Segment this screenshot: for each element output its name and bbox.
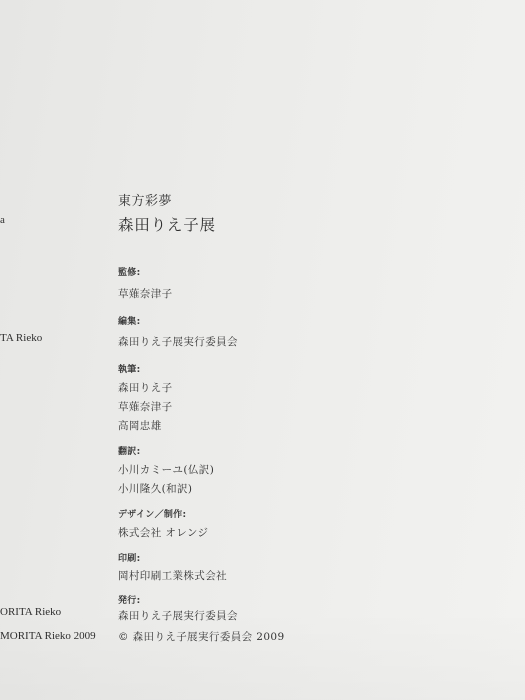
left-page-fragment: a bbox=[0, 214, 5, 226]
printer-name: 岡村印刷工業株式会社 bbox=[118, 568, 227, 583]
left-page-fragment: ORITA Rieko bbox=[0, 606, 61, 618]
section-label-editing: 編集: bbox=[118, 314, 141, 327]
translator-name: 小川隆久(和訳) bbox=[118, 481, 192, 496]
publisher-name: 森田りえ子展実行委員会 bbox=[118, 608, 238, 623]
page-shadow bbox=[0, 610, 525, 700]
section-label-publisher: 発行: bbox=[118, 593, 141, 606]
section-label-design: デザイン／制作: bbox=[118, 507, 186, 520]
book-spread: a TA Rieko ORITA Rieko MORITA Rieko 2009… bbox=[0, 0, 525, 700]
writer-name: 高岡忠雄 bbox=[118, 418, 162, 433]
section-label-writing: 執筆: bbox=[118, 362, 141, 375]
supervisor-name: 草薙奈津子 bbox=[118, 286, 173, 301]
section-label-printing: 印刷: bbox=[118, 551, 141, 564]
editor-name: 森田りえ子展実行委員会 bbox=[118, 334, 238, 349]
translator-name: 小川カミーユ(仏訳) bbox=[118, 462, 214, 477]
design-company: 株式会社 オレンジ bbox=[118, 525, 208, 540]
exhibition-subtitle: 東方彩夢 bbox=[118, 190, 172, 209]
left-page-fragment: MORITA Rieko 2009 bbox=[0, 630, 96, 642]
copyright-notice: © 森田りえ子展実行委員会 2009 bbox=[118, 629, 285, 644]
writer-name: 草薙奈津子 bbox=[118, 399, 173, 414]
left-page-fragment: TA Rieko bbox=[0, 332, 42, 344]
section-label-translation: 翻訳: bbox=[118, 444, 141, 457]
exhibition-title: 森田りえ子展 bbox=[118, 213, 216, 235]
writer-name: 森田りえ子 bbox=[118, 380, 173, 395]
section-label-supervision: 監修: bbox=[118, 265, 141, 278]
